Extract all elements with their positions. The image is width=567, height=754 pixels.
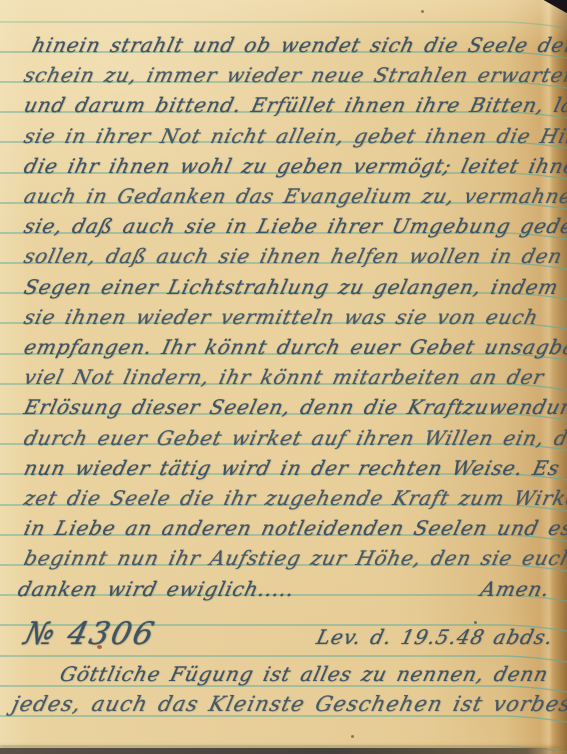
handwritten-line: hinein strahlt und ob wendet sich die Se… bbox=[21, 30, 555, 60]
handwritten-line: sie ihnen wieder vermitteln was sie von … bbox=[21, 302, 555, 332]
entry-date: Lev. d. 19.5.48 abds. bbox=[314, 625, 556, 649]
notebook-page: hinein strahlt und ob wendet sich die Se… bbox=[0, 0, 567, 754]
entry-number: № 4306 bbox=[21, 616, 159, 652]
previous-entry-text: hinein strahlt und ob wendet sich die Se… bbox=[22, 30, 549, 604]
handwritten-line: jedes, auch das Kleinste Geschehen ist v… bbox=[9, 689, 561, 719]
handwritten-line: und darum bittend. Erfüllet ihnen ihre B… bbox=[21, 90, 555, 120]
paper-speck bbox=[421, 10, 424, 13]
handwritten-line: in Liebe an anderen notleidenden Seelen … bbox=[21, 513, 555, 543]
paper-speck bbox=[474, 621, 477, 624]
handwritten-line: durch euer Gebet wirket auf ihren Willen… bbox=[21, 423, 555, 453]
paper-speck bbox=[97, 645, 102, 649]
new-entry-text: Göttliche Fügung ist alles zu nennen, de… bbox=[22, 659, 555, 719]
handwritten-line: sie, daß auch sie in Liebe ihrer Umgebun… bbox=[21, 211, 555, 241]
handwritten-line: schein zu, immer wieder neue Strahlen er… bbox=[21, 60, 555, 90]
handwritten-line: viel Not lindern, ihr könnt mitarbeiten … bbox=[21, 362, 555, 392]
handwritten-line: Erlösung dieser Seelen, denn die Kraftzu… bbox=[21, 392, 555, 422]
handwritten-line: empfangen. Ihr könnt durch euer Gebet un… bbox=[21, 332, 555, 362]
handwritten-line: danken wird ewiglich..... Amen. bbox=[15, 574, 555, 604]
closing-line-text: danken wird ewiglich..... bbox=[15, 574, 298, 604]
handwritten-line: sie in ihrer Not nicht allein, gebet ihn… bbox=[21, 121, 555, 151]
handwritten-line: beginnt nun ihr Aufstieg zur Höhe, den s… bbox=[21, 543, 555, 573]
amen-signoff: Amen. bbox=[477, 574, 552, 604]
handwritten-line: auch in Gedanken das Evangelium zu, verm… bbox=[21, 181, 555, 211]
page-bottom-shadow bbox=[0, 748, 561, 754]
paper-speck bbox=[351, 735, 354, 738]
handwritten-line: zet die Seele die ihr zugehende Kraft zu… bbox=[21, 483, 555, 513]
handwritten-line: nun wieder tätig wird in der rechten Wei… bbox=[21, 453, 555, 483]
handwritten-line: sollen, daß auch sie ihnen helfen wollen… bbox=[21, 241, 555, 271]
handwritten-line: Göttliche Fügung ist alles zu nennen, de… bbox=[21, 659, 561, 689]
handwritten-line: die ihr ihnen wohl zu geben vermögt; lei… bbox=[21, 151, 555, 181]
handwritten-line: Segen einer Lichtstrahlung zu gelangen, … bbox=[21, 272, 555, 302]
